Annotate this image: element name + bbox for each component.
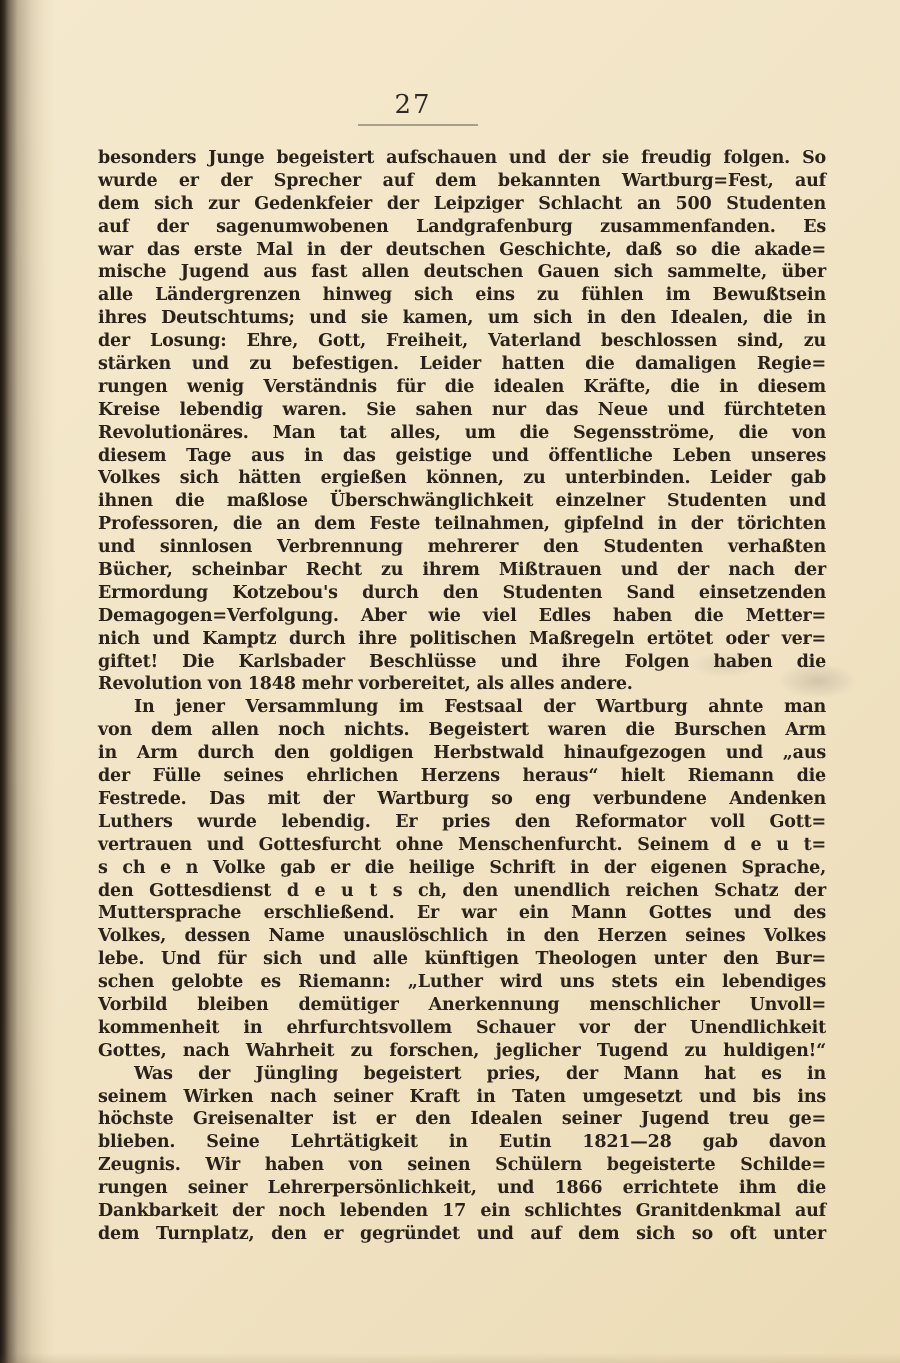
text-line: giftet! Die Karlsbader Beschlüsse und ih…	[98, 651, 826, 674]
text-line: wurde er der Sprecher auf dem bekannten …	[98, 170, 826, 193]
text-line: Gottes, nach Wahrheit zu forschen, jegli…	[98, 1040, 826, 1063]
text-line: Was der Jüngling begeistert pries, der M…	[98, 1063, 826, 1086]
text-line: der Losung: Ehre, Gott, Freiheit, Vaterl…	[98, 330, 826, 353]
text-line: der Fülle seines ehrlichen Herzens herau…	[98, 765, 826, 788]
text-line: Revolution von 1848 mehr vorbereitet, al…	[98, 673, 826, 696]
text-line: rungen wenig Verständnis für die idealen…	[98, 376, 826, 399]
paragraph: besonders Junge begeistert aufschauen un…	[98, 147, 826, 696]
text-line: den Gottesdienst d e u t s ch, den unend…	[98, 880, 826, 903]
text-line: auf der sagenumwobenen Landgrafenburg zu…	[98, 216, 826, 239]
text-line: vertrauen und Gottesfurcht ohne Menschen…	[98, 834, 826, 857]
text-line: ihres Deutschtums; und sie kamen, um sic…	[98, 307, 826, 330]
text-line: schen gelobte es Riemann: „Luther wird u…	[98, 971, 826, 994]
text-line: Festrede. Das mit der Wartburg so eng ve…	[98, 788, 826, 811]
text-column: besonders Junge begeistert aufschauen un…	[98, 147, 826, 1246]
text-line: lebe. Und für sich und alle künftigen Th…	[98, 948, 826, 971]
text-line: dem Turnplatz, den er gegründet und auf …	[98, 1223, 826, 1246]
text-line: Muttersprache erschließend. Er war ein M…	[98, 902, 826, 925]
text-line: In jener Versammlung im Festsaal der War…	[98, 696, 826, 719]
text-line: Ermordung Kotzebou's durch den Studenten…	[98, 582, 826, 605]
text-line: Zeugnis. Wir haben von seinen Schülern b…	[98, 1154, 826, 1177]
text-line: Volkes, dessen Name unauslöschlich in de…	[98, 925, 826, 948]
text-line: Vorbild bleiben demütiger Anerkennung me…	[98, 994, 826, 1017]
text-line: kommenheit in ehrfurchtsvollem Schauer v…	[98, 1017, 826, 1040]
text-line: rungen seiner Lehrerpersönlichkeit, und …	[98, 1177, 826, 1200]
book-page: 27 besonders Junge begeistert aufschauen…	[0, 0, 900, 1363]
text-line: alle Ländergrenzen hinweg sich eins zu f…	[98, 284, 826, 307]
text-line: mische Jugend aus fast allen deutschen G…	[98, 261, 826, 284]
text-line: von dem allen noch nichts. Begeistert wa…	[98, 719, 826, 742]
text-line: und sinnlosen Verbrennung mehrerer den S…	[98, 536, 826, 559]
text-line: Volkes sich hätten ergießen können, zu u…	[98, 467, 826, 490]
paragraph: In jener Versammlung im Festsaal der War…	[98, 696, 826, 1062]
text-line: besonders Junge begeistert aufschauen un…	[98, 147, 826, 170]
text-line: Dankbarkeit der noch lebenden 17 ein sch…	[98, 1200, 826, 1223]
page-number-rule	[358, 124, 478, 126]
text-line: war das erste Mal in der deutschen Gesch…	[98, 239, 826, 262]
page-number: 27	[353, 90, 473, 120]
book-spine-shadow	[0, 0, 56, 1363]
text-line: Luthers wurde lebendig. Er pries den Ref…	[98, 811, 826, 834]
text-line: in Arm durch den goldigen Herbstwald hin…	[98, 742, 826, 765]
text-line: ihnen die maßlose Überschwänglichkeit ei…	[98, 490, 826, 513]
text-line: Demagogen=Verfolgung. Aber wie viel Edle…	[98, 605, 826, 628]
text-line: diesem Tage aus in das geistige und öffe…	[98, 445, 826, 468]
text-line: stärken und zu befestigen. Leider hatten…	[98, 353, 826, 376]
text-line: nich und Kamptz durch ihre politischen M…	[98, 628, 826, 651]
text-line: Kreise lebendig waren. Sie sahen nur das…	[98, 399, 826, 422]
text-line: blieben. Seine Lehrtätigkeit in Eutin 18…	[98, 1131, 826, 1154]
text-line: Professoren, die an dem Feste teilnahmen…	[98, 513, 826, 536]
text-line: höchste Greisenalter ist er den Idealen …	[98, 1108, 826, 1131]
paragraph: Was der Jüngling begeistert pries, der M…	[98, 1063, 826, 1246]
text-line: seinem Wirken nach seiner Kraft in Taten…	[98, 1086, 826, 1109]
text-line: dem sich zur Gedenkfeier der Leipziger S…	[98, 193, 826, 216]
text-line: s ch e n Volke gab er die heilige Schrif…	[98, 857, 826, 880]
text-line: Revolutionäres. Man tat alles, um die Se…	[98, 422, 826, 445]
text-line: Bücher, scheinbar Recht zu ihrem Mißtrau…	[98, 559, 826, 582]
